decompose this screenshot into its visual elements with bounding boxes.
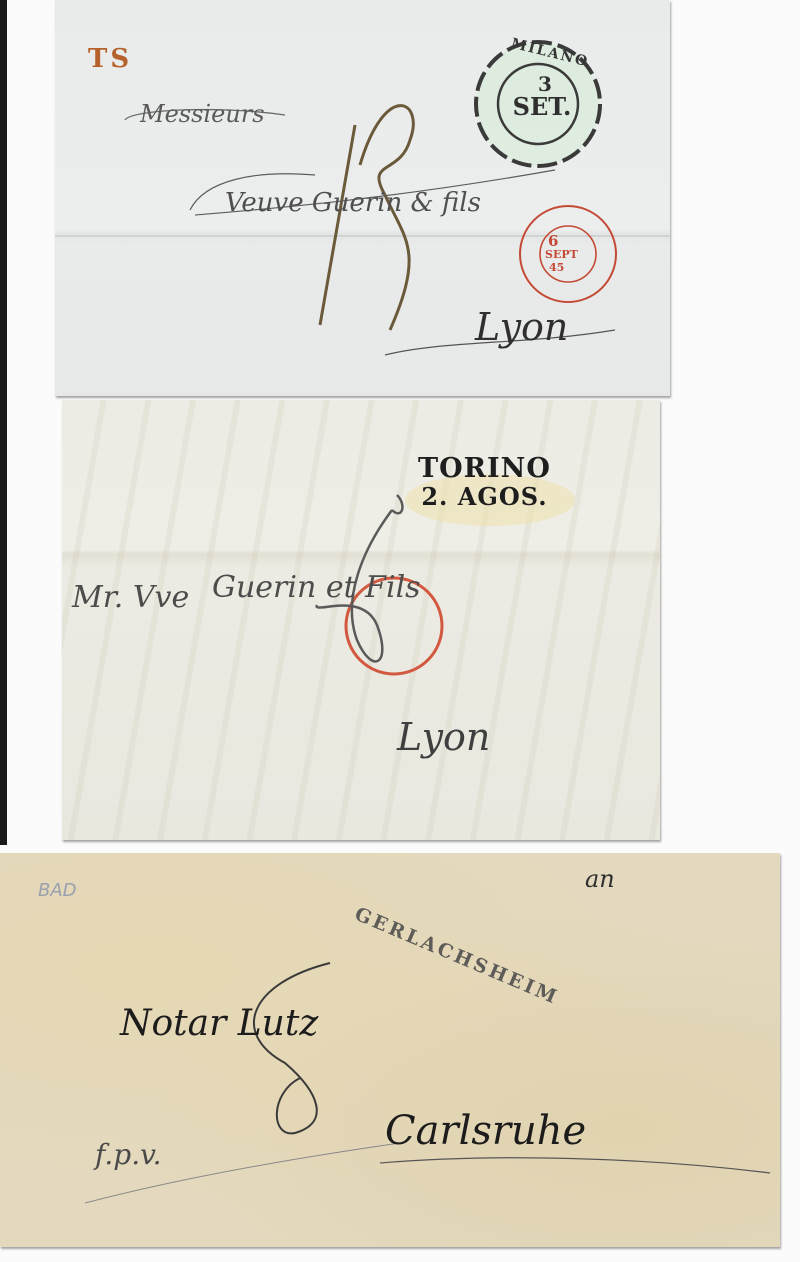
torino-postmark: TORINO 2. AGOS. <box>418 455 551 511</box>
cover-2-ink <box>62 400 660 840</box>
postmark-town: TORINO <box>418 455 551 483</box>
pencil-note: BAD <box>38 880 77 901</box>
scanner-edge <box>0 0 7 845</box>
address-city: Lyon <box>475 305 568 349</box>
top-note: an <box>585 865 615 893</box>
cover-torino-lyon: TORINO 2. AGOS. Mr. Vve Guerin et Fils L… <box>62 400 660 840</box>
cover-3-ink <box>0 853 780 1247</box>
postmark-date: 2. AGOS. <box>418 483 551 511</box>
cover-milano-lyon: TS MILANO 3 SET. 6 SEPT 45 Messieurs Veu… <box>55 0 670 396</box>
address-recipient: Notar Lutz <box>120 1003 318 1044</box>
address-city: Lyon <box>397 715 490 759</box>
address-salutation: Mr. Vve <box>72 580 189 615</box>
ts-marking: TS <box>88 44 132 74</box>
address-recipient: Veuve Guerin & fils <box>225 188 481 218</box>
address-city: Carlsruhe <box>385 1108 586 1154</box>
transit-year: 45 <box>549 261 564 274</box>
bottom-note: f.p.v. <box>95 1138 162 1171</box>
postmark-month: SET. <box>502 92 582 121</box>
address-recipient: Guerin et Fils <box>212 570 421 605</box>
transit-month: SEPT <box>545 248 578 261</box>
cover-gerlachsheim-carlsruhe: BAD GERLACHSHEIM an Notar Lutz Carlsruhe… <box>0 853 780 1247</box>
address-salutation: Messieurs <box>140 100 265 128</box>
